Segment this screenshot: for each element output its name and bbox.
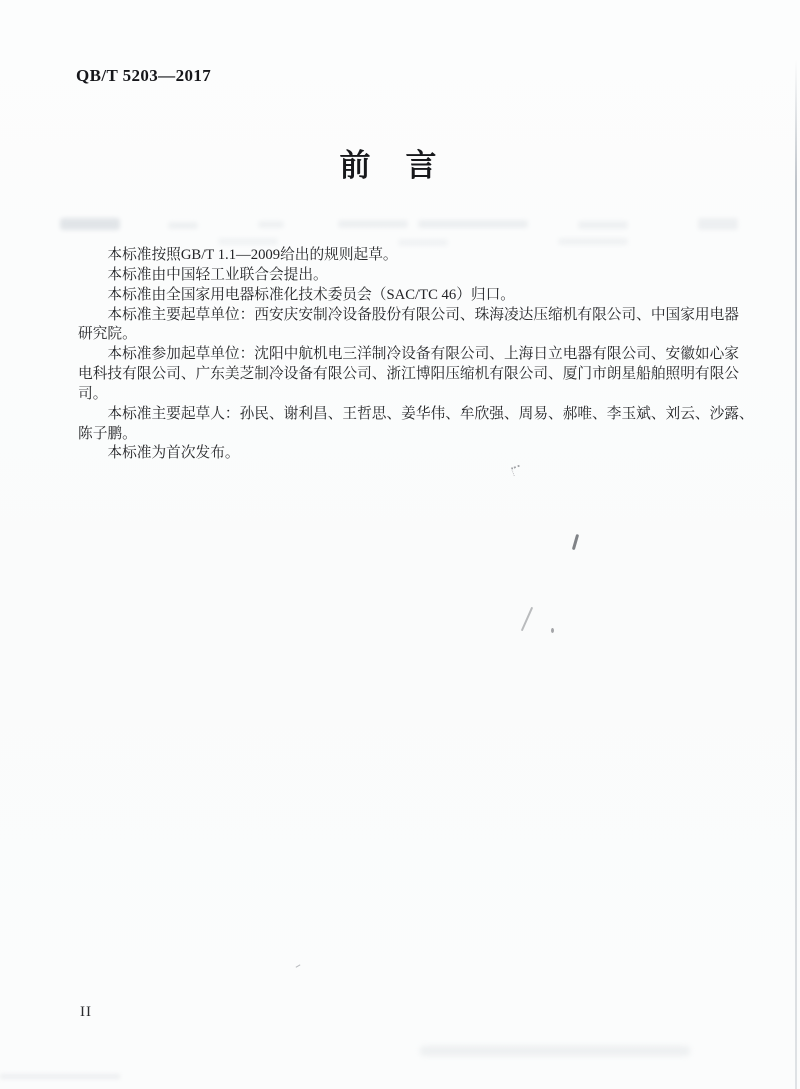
standard-code: QB/T 5203—2017 [76, 66, 211, 86]
scan-speck [293, 959, 301, 968]
foreword-line: 本标准主要起草单位：西安庆安制冷设备股份有限公司、珠海凌达压缩机有限公司、中国家… [78, 306, 738, 326]
foreword-line: 本标准由全国家用电器标准化技术委员会（SAC/TC 46）归口。 [78, 286, 738, 306]
foreword-line: 本标准为首次发布。 [78, 444, 738, 464]
foreword-line: 本标准主要起草人：孙民、谢利昌、王哲思、姜华伟、牟欣强、周易、郝唯、李玉斌、刘云… [78, 405, 738, 425]
foreword-line: 电科技有限公司、广东美芝制冷设备有限公司、浙江博阳压缩机有限公司、厦门市朗星船舶… [78, 365, 738, 385]
foreword-line: 本标准参加起草单位：沈阳中航机电三洋制冷设备有限公司、上海日立电器有限公司、安徽… [78, 345, 738, 365]
foreword-body: 本标准按照GB/T 1.1—2009给出的规则起草。 本标准由中国轻工业联合会提… [78, 246, 738, 464]
foreword-line: 陈子鹏。 [78, 425, 738, 445]
scanned-page: QB/T 5203—2017 前 言 本标准按照GB/T 1.1—2009给出的… [0, 0, 800, 1089]
scan-speck [521, 607, 533, 631]
scan-smudge [420, 1046, 690, 1056]
foreword-line: 本标准由中国轻工业联合会提出。 [78, 266, 738, 286]
scan-smudge [0, 1074, 120, 1079]
page-edge-shadow [795, 60, 797, 1089]
foreword-line: 研究院。 [78, 325, 738, 345]
scan-speck [551, 628, 554, 633]
foreword-title: 前 言 [0, 140, 778, 185]
scan-ghost-band [58, 216, 748, 250]
foreword-line: 司。 [78, 385, 738, 405]
scan-speck [511, 465, 523, 477]
foreword-line: 本标准按照GB/T 1.1—2009给出的规则起草。 [78, 246, 738, 266]
scan-speck [572, 534, 579, 550]
page-number: II [80, 1004, 92, 1021]
